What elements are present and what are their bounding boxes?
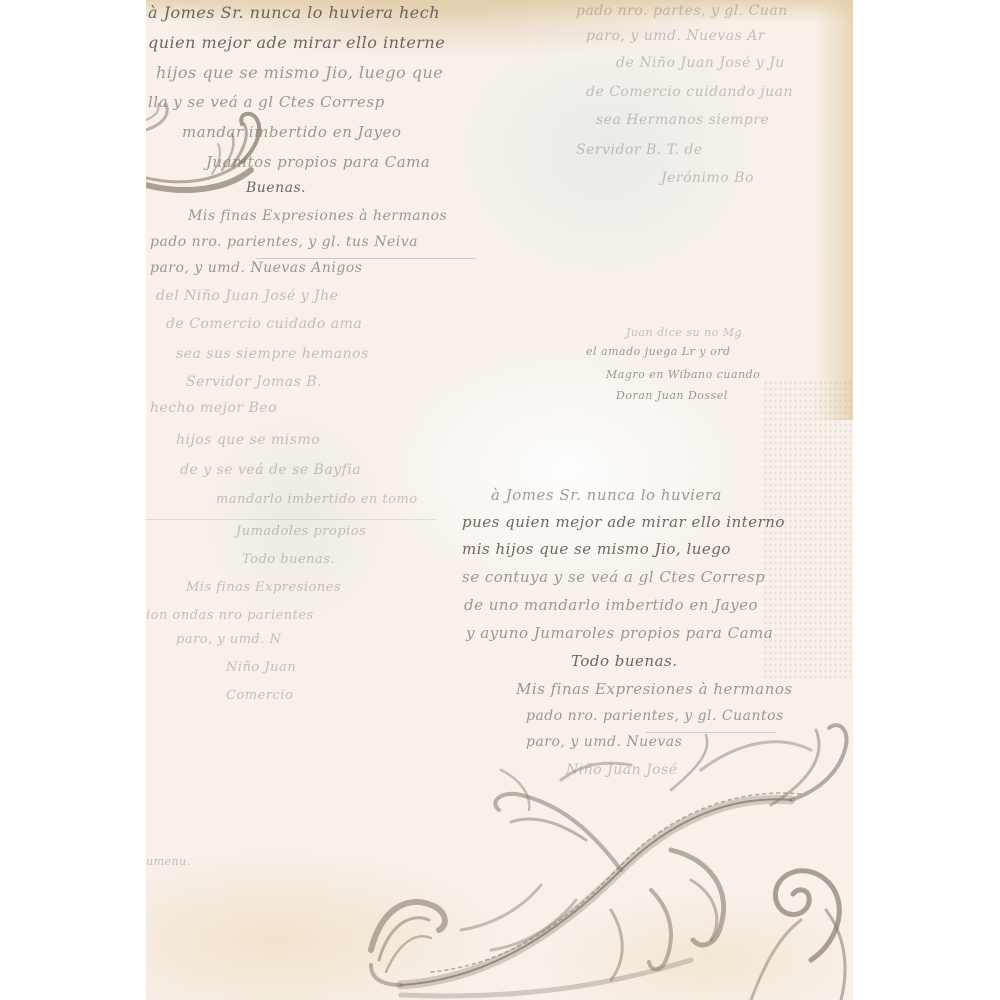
script-line: Mis finas Expresiones (186, 580, 341, 595)
script-line: Servidor B. T. de (576, 142, 703, 158)
script-line: Servidor Jomas B. (186, 374, 322, 390)
script-line: ion ondas nro parientes (146, 608, 314, 623)
ruled-line (146, 519, 436, 520)
script-line: Mis finas Expresiones à hermanos (516, 680, 793, 698)
script-line: pado nro. parientes, y gl. tus Neiva (150, 234, 418, 250)
script-line: Todo buenas. (242, 552, 335, 567)
script-line: el amado juega Lr y ord (586, 345, 731, 358)
script-line: hijos que se mismo (176, 432, 320, 448)
script-line: sea Hermanos siempre (596, 112, 769, 128)
script-line: pado nro. partes, y gl. Cuan (576, 3, 788, 19)
script-line: de y se veá de se Bayfia (180, 462, 361, 478)
script-line: y ayuno Jumaroles propios para Cama (466, 624, 773, 642)
underline-rule (256, 258, 476, 259)
right-edge-stain (813, 0, 853, 420)
script-line: de Comercio cuidando juan (586, 84, 793, 100)
script-line: de Comercio cuidado ama (166, 316, 362, 332)
script-line: paro, y umd. N (176, 632, 282, 647)
script-line: Jumadoles propios (236, 524, 366, 539)
script-line: del Niño Juan José y Jhe (156, 288, 338, 304)
script-line: Mis finas Expresiones à hermanos (188, 208, 447, 224)
script-line: pues quien mejor ade mirar ello interno (462, 513, 785, 531)
script-line: paro, y umd. Nuevas Anigos (150, 260, 362, 276)
script-line: mis hijos que se mismo Jio, luego (462, 540, 731, 558)
script-line: mandarlo imbertido en tomo (216, 492, 418, 507)
script-line: à Jomes Sr. nunca lo huviera hech (148, 3, 440, 22)
script-line: se contuya y se veá a gl Ctes Corresp (462, 568, 765, 586)
script-line: Niño Juan (226, 660, 296, 675)
script-line: de uno mandarlo imbertido en Jayeo (464, 596, 758, 614)
script-line: Magro en Wibano cuando (606, 368, 760, 381)
script-line: Todo buenas. (571, 652, 677, 670)
vintage-script-paper: à Jomes Sr. nunca lo huviera hech quien … (146, 0, 853, 1000)
script-line: hijos que se mismo Jio, luego que (156, 63, 443, 82)
script-line: umenu. (146, 855, 191, 868)
script-line: paro, y umd. Nuevas Ar (586, 28, 765, 44)
script-line: hecho mejor Beo (150, 400, 277, 416)
script-line: de Niño Juan José y Ju (616, 55, 785, 71)
acanthus-flourish-top-left (146, 100, 286, 210)
script-line: à Jomes Sr. nunca lo huviera (491, 486, 722, 504)
script-line: sea sus siempre hemanos (176, 346, 369, 362)
script-line: Juan dice su no Mg (626, 326, 742, 339)
script-line: Doran Juan Dossel (616, 389, 728, 402)
script-line: Jerónimo Bo (661, 170, 754, 186)
script-line: Comercio (226, 688, 293, 703)
acanthus-flourish-bottom-right (371, 710, 853, 1000)
script-line: quien mejor ade mirar ello interne (148, 33, 445, 52)
